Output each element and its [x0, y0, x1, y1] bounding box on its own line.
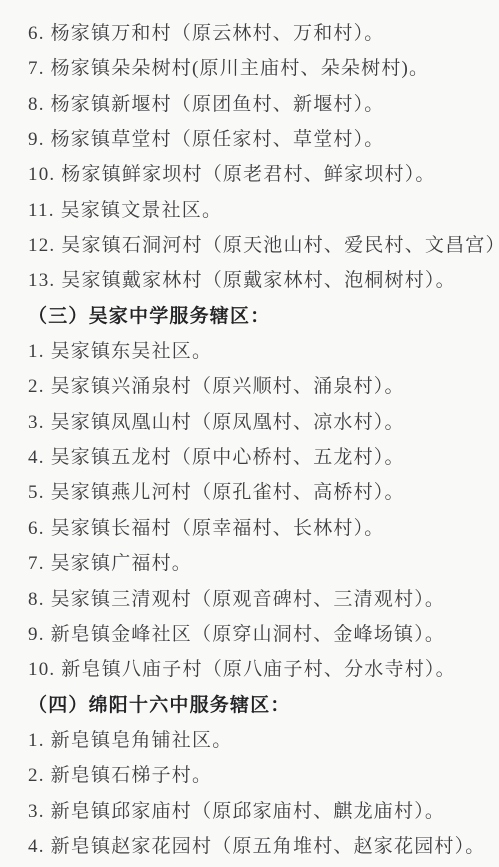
document-body: 6. 杨家镇万和村（原云林村、万和村）。7. 杨家镇朵朵树村(原川主庙村、朵朵树… — [28, 16, 495, 864]
list-item: 3. 吴家镇凤凰山村（原凤凰村、凉水村）。 — [28, 405, 495, 440]
list-item: 6. 吴家镇长福村（原幸福村、长林村）。 — [28, 511, 495, 546]
list-item: 6. 杨家镇万和村（原云林村、万和村）。 — [28, 16, 495, 51]
list-item: 2. 新皂镇石梯子村。 — [28, 758, 495, 793]
section-heading: （三）吴家中学服务辖区： — [28, 299, 495, 334]
list-item: 8. 吴家镇三清观村（原观音碑村、三清观村）。 — [28, 582, 495, 617]
list-item: 7. 吴家镇广福村。 — [28, 546, 495, 581]
section-heading: （四）绵阳十六中服务辖区： — [28, 688, 495, 723]
list-item: 1. 吴家镇东吴社区。 — [28, 334, 495, 369]
list-item: 1. 新皂镇皂角铺社区。 — [28, 723, 495, 758]
list-item: 13. 吴家镇戴家林村（原戴家林村、泡桐树村）。 — [28, 263, 495, 298]
list-item: 4. 新皂镇赵家花园村（原五角堆村、赵家花园村）。 — [28, 829, 495, 864]
list-item: 5. 吴家镇燕儿河村（原孔雀村、高桥村）。 — [28, 475, 495, 510]
list-item: 4. 吴家镇五龙村（原中心桥村、五龙村）。 — [28, 440, 495, 475]
list-item: 10. 新皂镇八庙子村（原八庙子村、分水寺村）。 — [28, 652, 495, 687]
list-item: 3. 新皂镇邱家庙村（原邱家庙村、麒龙庙村）。 — [28, 794, 495, 829]
list-item: 2. 吴家镇兴涌泉村（原兴顺村、涌泉村）。 — [28, 369, 495, 404]
list-item: 9. 新皂镇金峰社区（原穿山洞村、金峰场镇）。 — [28, 617, 495, 652]
list-item: 10. 杨家镇鲜家坝村（原老君村、鲜家坝村）。 — [28, 157, 495, 192]
list-item: 8. 杨家镇新堰村（原团鱼村、新堰村）。 — [28, 87, 495, 122]
document-page: 6. 杨家镇万和村（原云林村、万和村）。7. 杨家镇朵朵树村(原川主庙村、朵朵树… — [0, 0, 499, 867]
list-item: 12. 吴家镇石洞河村（原天池山村、爱民村、文昌宫） — [28, 228, 495, 263]
list-item: 9. 杨家镇草堂村（原任家村、草堂村）。 — [28, 122, 495, 157]
list-item: 11. 吴家镇文景社区。 — [28, 193, 495, 228]
list-item: 7. 杨家镇朵朵树村(原川主庙村、朵朵树村)。 — [28, 51, 495, 86]
